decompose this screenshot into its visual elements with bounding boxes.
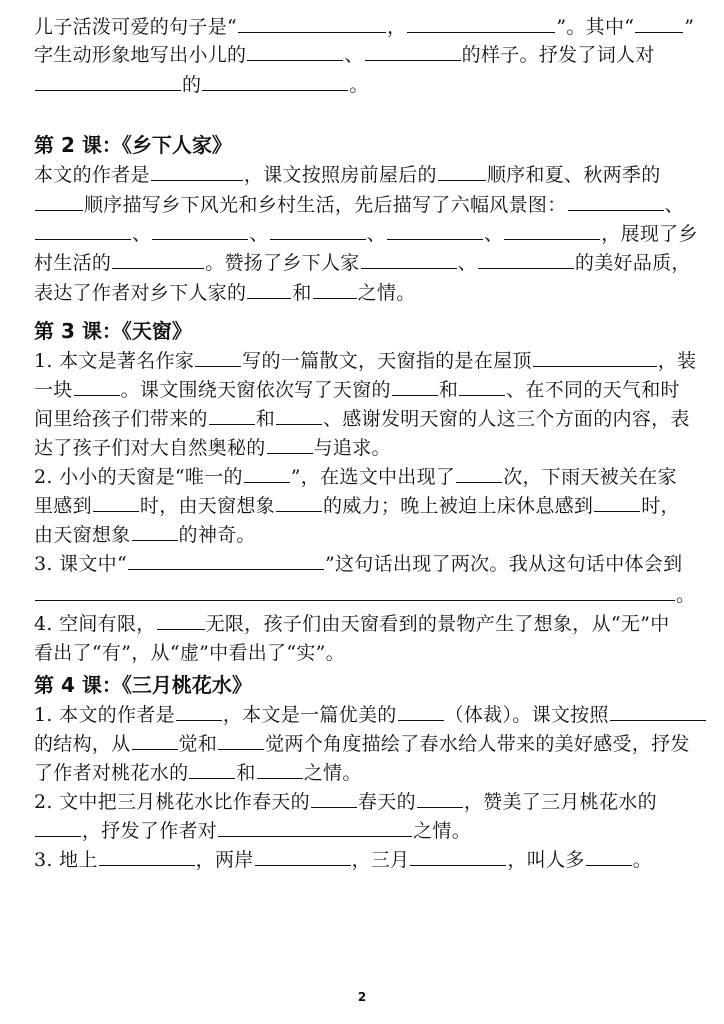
fill-in-blank[interactable] — [244, 462, 290, 483]
fill-in-blank[interactable] — [195, 346, 241, 367]
line-text: 看出了“有”，从“虚”中看出了“实”。 — [34, 642, 345, 664]
fill-in-blank[interactable] — [209, 404, 255, 425]
fill-in-blank[interactable] — [218, 816, 412, 837]
worksheet-line: 里感到时，由天窗想象的威力；晚上被迫上床休息感到时， — [34, 491, 680, 521]
fill-in-blank[interactable] — [313, 278, 357, 299]
line-text: 、 — [344, 44, 363, 66]
line-text: 村生活的 — [34, 252, 111, 274]
fill-in-blank[interactable] — [151, 160, 243, 181]
line-text: ，赞美了三月桃花水的 — [464, 791, 657, 813]
line-text: 。 — [676, 584, 695, 606]
line-text: 里感到 — [34, 495, 92, 517]
fill-in-blank[interactable] — [459, 375, 505, 396]
line-text: ” — [684, 16, 694, 38]
line-text: 的 — [182, 74, 201, 96]
fill-in-blank[interactable] — [99, 845, 195, 866]
worksheet-line: 3. 课文中“”这句话出现了两次。我从这句话中体会到 — [34, 549, 682, 579]
fill-in-blank[interactable] — [533, 346, 657, 367]
line-text: ，本文是一篇优美的 — [223, 704, 397, 726]
worksheet-line: 村生活的。赞扬了乡下人家、的美好品质， — [34, 248, 691, 278]
worksheet-line: 的结构，从觉和觉两个角度描绘了春水给人带来的美好感受，抒发 — [34, 729, 690, 759]
worksheet-line: 2. 小小的天窗是“唯一的”，在选文中出现了次，下雨天被关在家 — [34, 462, 677, 492]
line-text: 3. 课文中“ — [34, 553, 127, 575]
line-text: 2. 小小的天窗是“唯一的 — [34, 466, 243, 488]
line-text: 、 — [132, 223, 151, 245]
fill-in-blank[interactable] — [456, 462, 502, 483]
line-text: 。课文围绕天窗依次写了天窗的 — [121, 379, 391, 401]
fill-in-blank[interactable] — [202, 70, 348, 91]
line-text: 3. 地上 — [34, 849, 98, 871]
line-text: 和 — [439, 379, 458, 401]
line-text: ，课文按照房前屋后的 — [244, 164, 437, 186]
worksheet-line: 看出了“有”，从“虚”中看出了“实”。 — [34, 638, 345, 668]
fill-in-blank[interactable] — [257, 758, 303, 779]
worksheet-line: 的。 — [34, 70, 369, 100]
fill-in-blank[interactable] — [238, 12, 386, 33]
line-text: 、 — [367, 223, 386, 245]
worksheet-line: 由天窗想象的神奇。 — [34, 520, 256, 550]
line-text: 1. 本文的作者是 — [34, 704, 175, 726]
worksheet-line: 、、、、，展现了乡 — [34, 219, 698, 249]
worksheet-line: 了作者对桃花水的和之情。 — [34, 758, 362, 788]
lesson-heading: 第 3 课：《天窗》 — [34, 316, 192, 346]
line-text: 1. 本文是著名作家 — [34, 350, 194, 372]
worksheet-line: 间里给孩子们带来的和、感谢发明天窗的人这三个方面的内容，表 — [34, 404, 690, 434]
line-text: ”。其中“ — [556, 16, 634, 38]
worksheet-line: 3. 地上，两岸，三月，叫人多。 — [34, 845, 652, 875]
line-text: 表达了作者对乡下人家的 — [34, 282, 246, 304]
fill-in-blank[interactable] — [410, 845, 506, 866]
worksheet-line: 1. 本文是著名作家写的一篇散文，天窗指的是在屋顶，装 — [34, 346, 696, 376]
fill-in-blank[interactable] — [128, 549, 324, 570]
worksheet-line: 一块。课文围绕天窗依次写了天窗的和、在不同的天气和时 — [34, 375, 680, 405]
line-text: 、 — [458, 252, 477, 274]
line-text: 、 — [665, 194, 684, 216]
page-number: 2 — [0, 990, 724, 1004]
line-text: 和 — [292, 282, 311, 304]
fill-in-blank[interactable] — [157, 609, 205, 630]
line-text: 之情。 — [358, 282, 416, 304]
fill-in-blank[interactable] — [478, 248, 574, 269]
worksheet-line: 字生动形象地写出小儿的、的样子。抒发了词人对 — [34, 40, 655, 70]
worksheet-line: 本文的作者是，课文按照房前屋后的顺序和夏、秋两季的 — [34, 160, 661, 190]
lesson-heading: 第 2 课：《乡下人家》 — [34, 130, 232, 160]
fill-in-blank[interactable] — [276, 491, 322, 512]
line-text: 的威力；晚上被迫上床休息感到 — [323, 495, 593, 517]
line-text: ， — [387, 16, 406, 38]
line-text: 顺序和夏、秋两季的 — [487, 164, 661, 186]
line-text: ”这句话出现了两次。我从这句话中体会到 — [325, 553, 682, 575]
line-text: 顺序描写乡下风光和乡村生活，先后描写了六幅风景图： — [84, 194, 567, 216]
fill-in-blank[interactable] — [594, 491, 640, 512]
line-text: 之情。 — [304, 762, 362, 784]
line-text: （体裁）。课文按照 — [445, 704, 609, 726]
line-text: 与追求。 — [314, 437, 391, 459]
lesson-heading: 第 4 课：《三月桃花水》 — [34, 670, 252, 700]
worksheet-line: 达了孩子们对大自然奥秘的与追求。 — [34, 433, 391, 463]
fill-in-blank[interactable] — [398, 700, 444, 721]
line-text: 一块 — [34, 379, 73, 401]
line-text: 第 3 课：《天窗》 — [34, 319, 192, 343]
line-text: 觉两个角度描绘了春水给人带来的美好感受，抒发 — [265, 733, 690, 755]
line-text: 。赞扬了乡下人家 — [205, 252, 359, 274]
line-text: 时， — [641, 495, 680, 517]
line-text: 、 — [484, 223, 503, 245]
fill-in-blank[interactable] — [407, 12, 555, 33]
line-text: ，叫人多 — [507, 849, 584, 871]
fill-in-blank[interactable] — [276, 404, 322, 425]
fill-in-blank[interactable] — [74, 375, 120, 396]
line-text: 。 — [349, 74, 368, 96]
line-text: 写的一篇散文，天窗指的是在屋顶 — [242, 350, 532, 372]
fill-in-blank[interactable] — [35, 190, 83, 211]
line-text: ”，在选文中出现了 — [291, 466, 455, 488]
fill-in-blank[interactable] — [635, 12, 683, 33]
line-text: 次，下雨天被关在家 — [503, 466, 677, 488]
fill-in-blank[interactable] — [361, 248, 457, 269]
fill-in-blank[interactable] — [93, 491, 139, 512]
fill-in-blank[interactable] — [586, 845, 632, 866]
line-text: 达了孩子们对大自然奥秘的 — [34, 437, 266, 459]
fill-in-blank[interactable] — [365, 40, 461, 61]
worksheet-line: 1. 本文的作者是，本文是一篇优美的（体裁）。课文按照 — [34, 700, 707, 730]
line-text: 春天的 — [358, 791, 416, 813]
line-text: 2. 文中把三月桃花水比作春天的 — [34, 791, 310, 813]
line-text: 的美好品质， — [575, 252, 691, 274]
line-text: 由天窗想象 — [34, 524, 131, 546]
line-text: 觉和 — [179, 733, 218, 755]
line-text: 4. 空间有限， — [34, 613, 156, 635]
fill-in-blank[interactable] — [176, 700, 222, 721]
fill-in-blank[interactable] — [438, 160, 486, 181]
line-text: 字生动形象地写出小儿的 — [34, 44, 246, 66]
line-text: 的样子。抒发了词人对 — [462, 44, 655, 66]
line-text: ，抒发了作者对 — [82, 820, 217, 842]
line-text: 、 — [249, 223, 268, 245]
worksheet-line: 儿子活泼可爱的句子是“，”。其中“” — [34, 12, 694, 42]
line-text: 之情。 — [413, 820, 471, 842]
fill-in-blank[interactable] — [392, 375, 438, 396]
fill-in-blank[interactable] — [218, 729, 264, 750]
line-text: 无限，孩子们由天窗看到的景物产生了想象，从“无”中 — [206, 613, 670, 635]
fill-in-blank[interactable] — [247, 278, 291, 299]
line-text: 时，由天窗想象 — [140, 495, 275, 517]
line-text: 的结构，从 — [34, 733, 131, 755]
line-text: ，三月 — [352, 849, 410, 871]
fill-in-blank[interactable] — [255, 845, 351, 866]
line-text: 本文的作者是 — [34, 164, 150, 186]
line-text: 间里给孩子们带来的 — [34, 408, 208, 430]
line-text: 和 — [256, 408, 275, 430]
fill-in-blank[interactable] — [311, 787, 357, 808]
fill-in-blank[interactable] — [189, 758, 235, 779]
fill-in-blank[interactable] — [112, 248, 204, 269]
worksheet-line: 顺序描写乡下风光和乡村生活，先后描写了六幅风景图：、 — [34, 190, 684, 220]
line-text: 的神奇。 — [179, 524, 256, 546]
fill-in-blank[interactable] — [132, 729, 178, 750]
fill-in-blank[interactable] — [152, 219, 248, 240]
line-text: 、感谢发明天窗的人这三个方面的内容，表 — [323, 408, 690, 430]
fill-in-blank[interactable] — [417, 787, 463, 808]
line-text: 第 2 课：《乡下人家》 — [34, 133, 232, 157]
worksheet-line: 2. 文中把三月桃花水比作春天的春天的，赞美了三月桃花水的 — [34, 787, 657, 817]
line-text: ，展现了乡 — [601, 223, 698, 245]
line-text: 和 — [236, 762, 255, 784]
fill-in-blank[interactable] — [132, 520, 178, 541]
fill-in-blank[interactable] — [35, 219, 131, 240]
line-text: 、在不同的天气和时 — [506, 379, 680, 401]
fill-in-blank[interactable] — [568, 190, 664, 211]
fill-in-blank[interactable] — [387, 219, 483, 240]
line-text: 。 — [633, 849, 652, 871]
fill-in-blank[interactable] — [610, 700, 706, 721]
line-text: ，装 — [658, 350, 697, 372]
line-text: 第 4 课：《三月桃花水》 — [34, 673, 252, 697]
line-text: ，两岸 — [196, 849, 254, 871]
worksheet-line: 。 — [34, 580, 695, 610]
fill-in-blank[interactable] — [504, 219, 600, 240]
fill-in-blank[interactable] — [35, 70, 181, 91]
fill-in-blank[interactable] — [270, 219, 366, 240]
fill-in-blank[interactable] — [267, 433, 313, 454]
worksheet-line: 4. 空间有限，无限，孩子们由天窗看到的景物产生了想象，从“无”中 — [34, 609, 670, 639]
fill-in-blank[interactable] — [35, 816, 81, 837]
worksheet-line: 表达了作者对乡下人家的和之情。 — [34, 278, 416, 308]
fill-in-blank[interactable] — [247, 40, 343, 61]
line-text: 儿子活泼可爱的句子是“ — [34, 16, 237, 38]
line-text: 了作者对桃花水的 — [34, 762, 188, 784]
worksheet-line: ，抒发了作者对之情。 — [34, 816, 471, 846]
fill-in-blank[interactable] — [35, 580, 675, 601]
